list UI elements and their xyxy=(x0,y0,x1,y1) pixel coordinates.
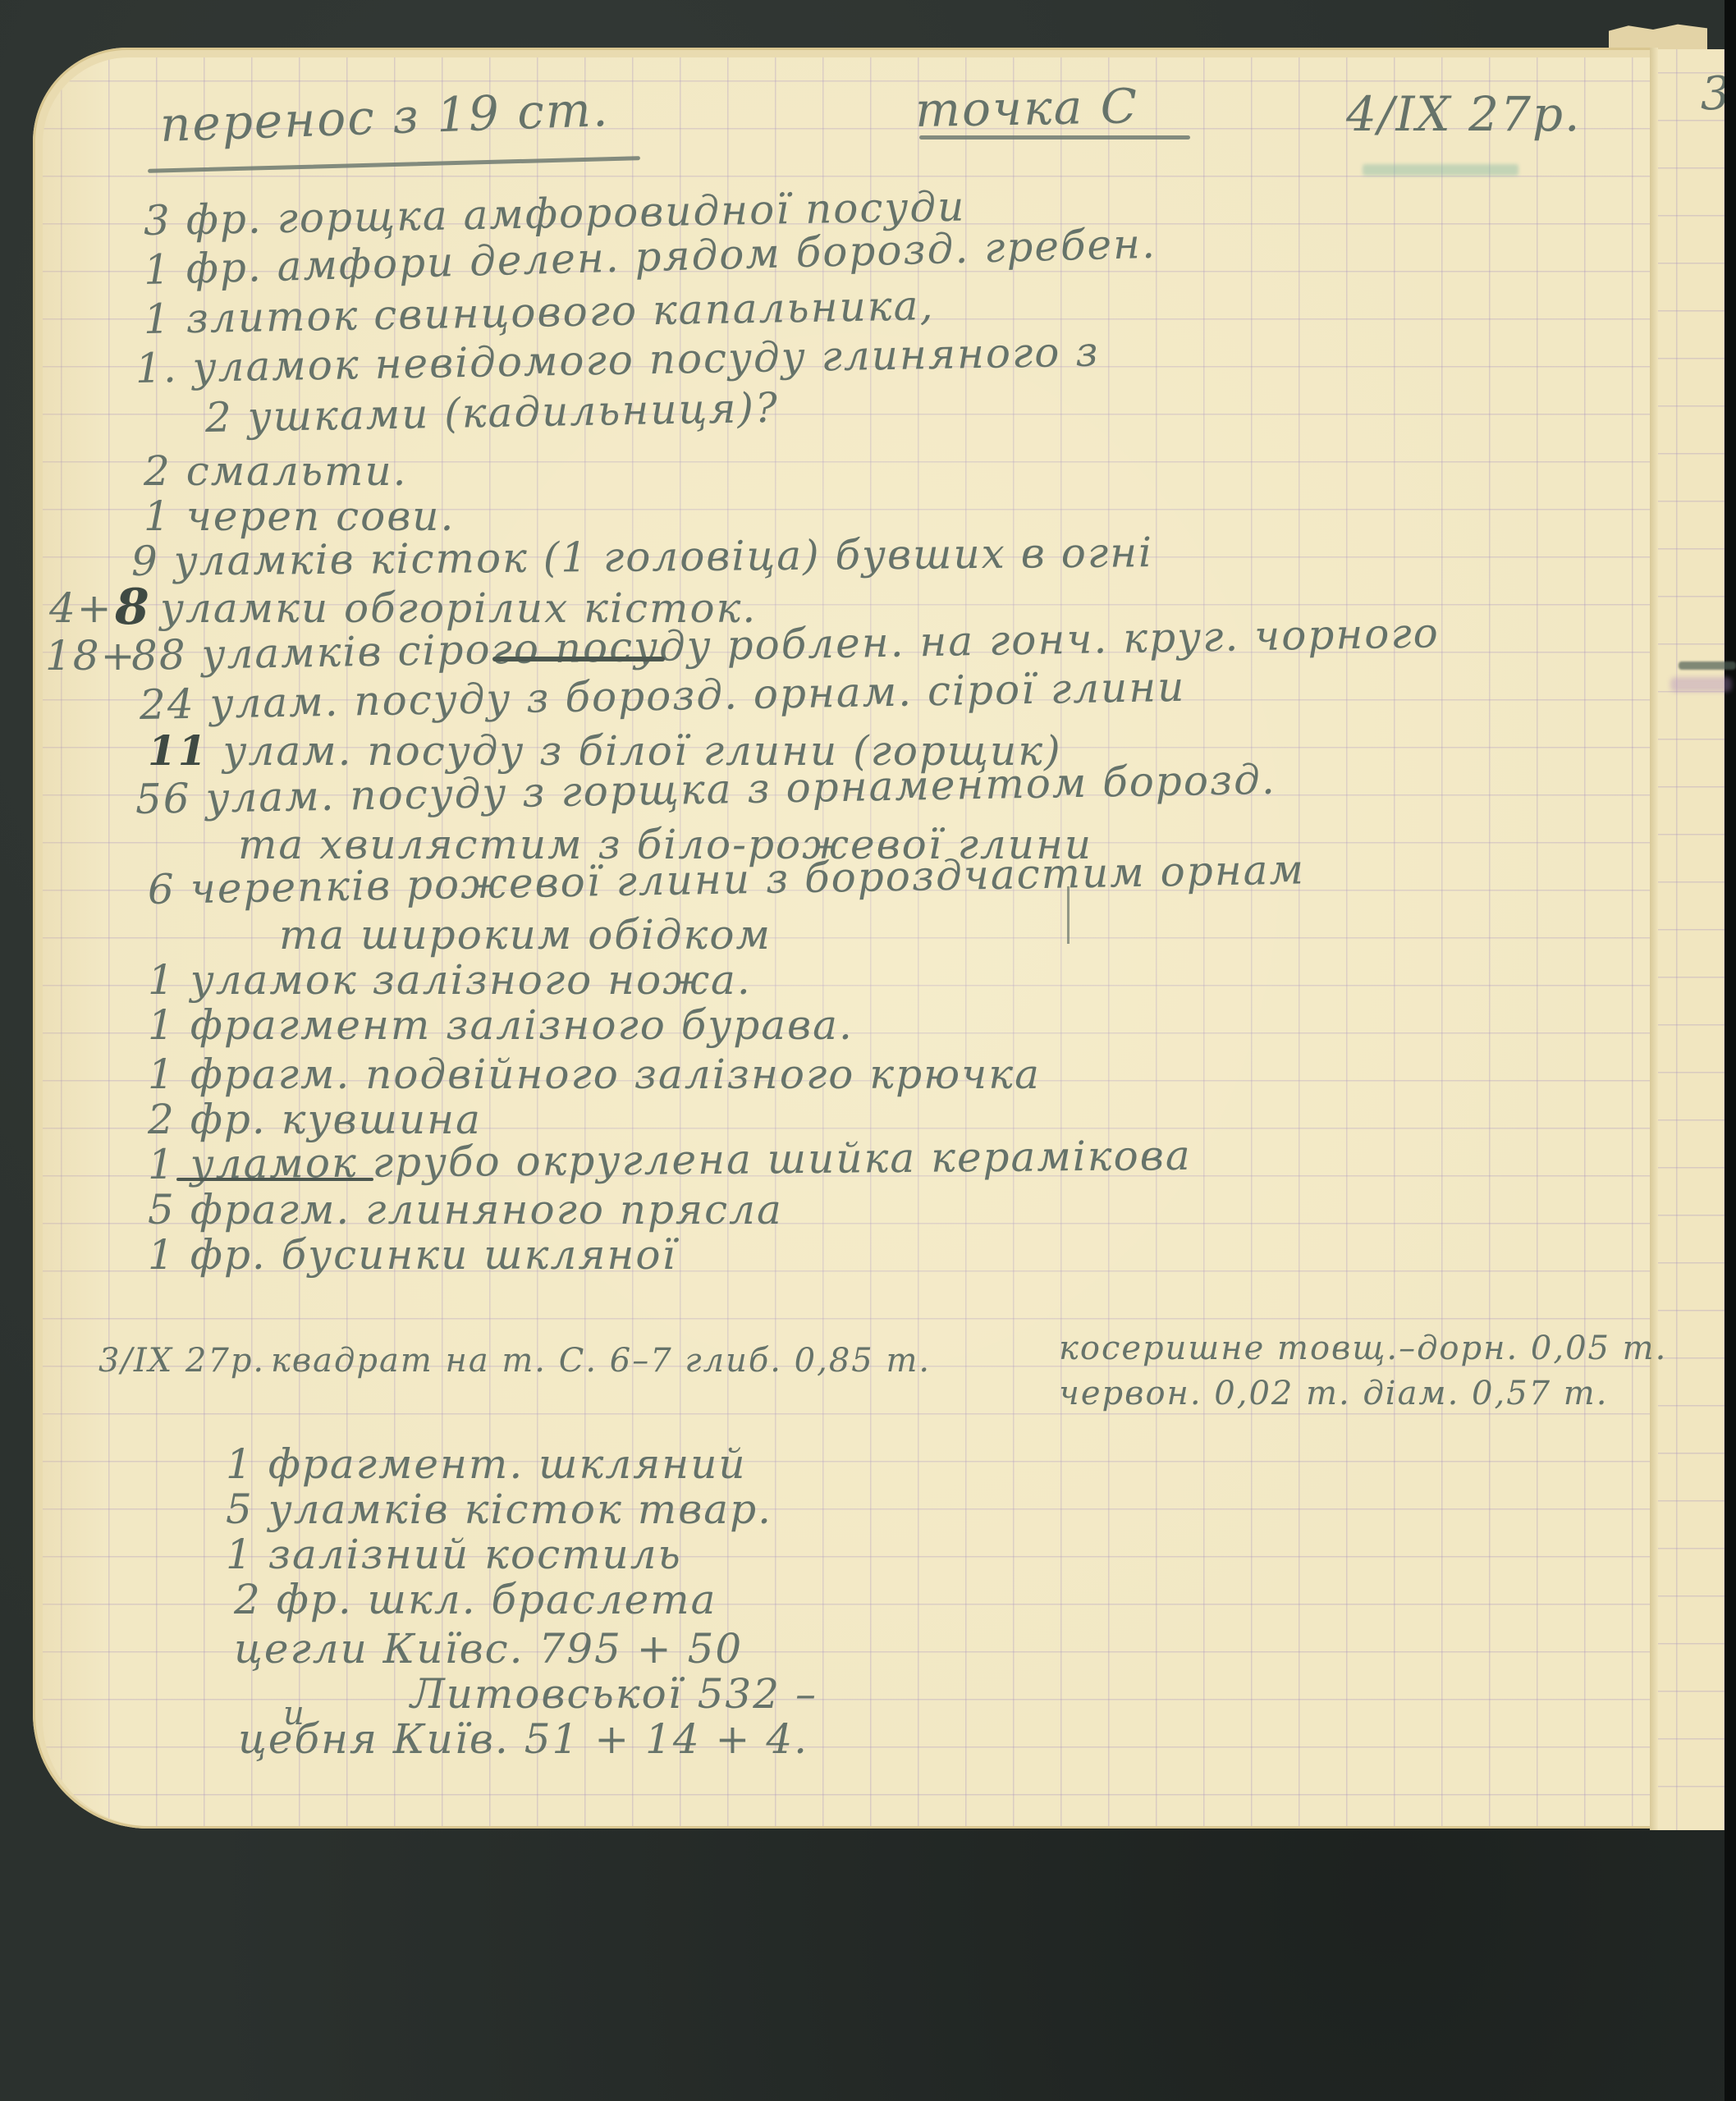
entry-line: 1 череп сови. xyxy=(144,492,455,540)
header-underline xyxy=(919,135,1190,140)
find-line: 1 фрагмент. шкляний xyxy=(226,1440,747,1488)
entry-line: 1 фрагм. подвійного залізного крючка xyxy=(148,1050,1041,1098)
entry-line: 2 смальти. xyxy=(144,447,408,495)
entry-line: 1 уламок залізного ножа. xyxy=(148,956,752,1004)
find-line: цебня Київ. 51 + 14 + 4. xyxy=(238,1715,808,1763)
section-measurements: косеришне товщ.–дорн. 0,05 т. xyxy=(1059,1330,1667,1367)
entry-line: 2 фр. кувшина xyxy=(148,1096,482,1143)
pencil-stroke xyxy=(1067,886,1070,944)
entry-line: 2 ушками (кадильниця)? xyxy=(204,384,779,442)
find-line: цегли Київс. 795 + 50 xyxy=(234,1625,743,1673)
header-date: 4/IX 27р. xyxy=(1346,86,1581,142)
strikethrough xyxy=(492,657,665,661)
find-line: 5 уламків кісток твар. xyxy=(226,1485,772,1533)
find-line: Литовської 532 – xyxy=(410,1670,818,1718)
page-gutter xyxy=(1650,48,1658,1830)
entry-line: 1 фрагмент залізного бурава. xyxy=(148,1001,854,1049)
date-underline xyxy=(1363,164,1518,176)
pencil-smudge xyxy=(1670,677,1732,692)
entry-line: 1 фр. бусинки шкляної xyxy=(148,1231,676,1279)
entry-line: 5 фрагм. глиняного прясла xyxy=(148,1186,783,1234)
section-location: квадрат на т. С. 6–7 глиб. 0,85 т. xyxy=(271,1342,931,1380)
binding-edge xyxy=(1725,0,1736,2101)
section-date: 3/IX 27р. xyxy=(98,1342,265,1380)
strikethrough xyxy=(176,1178,373,1181)
pencil-mark xyxy=(1679,661,1736,670)
entry-line: 9 уламків кісток (1 головіца) бувших в о… xyxy=(131,529,1154,585)
entry-line: та широким обідком xyxy=(279,911,772,959)
entry-number-bold: 8 xyxy=(115,579,151,636)
section-measurements: червон. 0,02 т. діам. 0,57 т. xyxy=(1059,1375,1608,1412)
find-line: 1 залізний костиль xyxy=(226,1531,682,1578)
margin-count: 4+ xyxy=(49,584,113,632)
header-point-label: точка С xyxy=(914,78,1138,138)
margin-count: 18+ xyxy=(45,632,137,680)
find-line: 2 фр. шкл. браслета xyxy=(234,1576,717,1623)
next-page-strip xyxy=(1658,49,1725,1830)
